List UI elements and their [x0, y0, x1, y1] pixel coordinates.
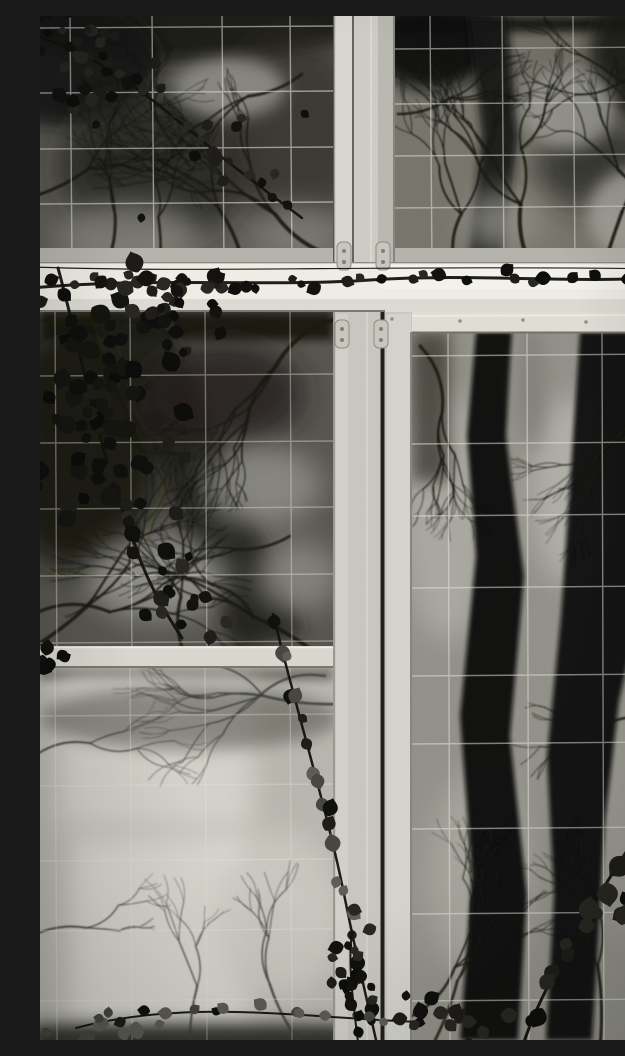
film-grain [40, 16, 625, 1040]
window-photo-canvas [40, 16, 625, 1040]
photograph [40, 16, 625, 1040]
